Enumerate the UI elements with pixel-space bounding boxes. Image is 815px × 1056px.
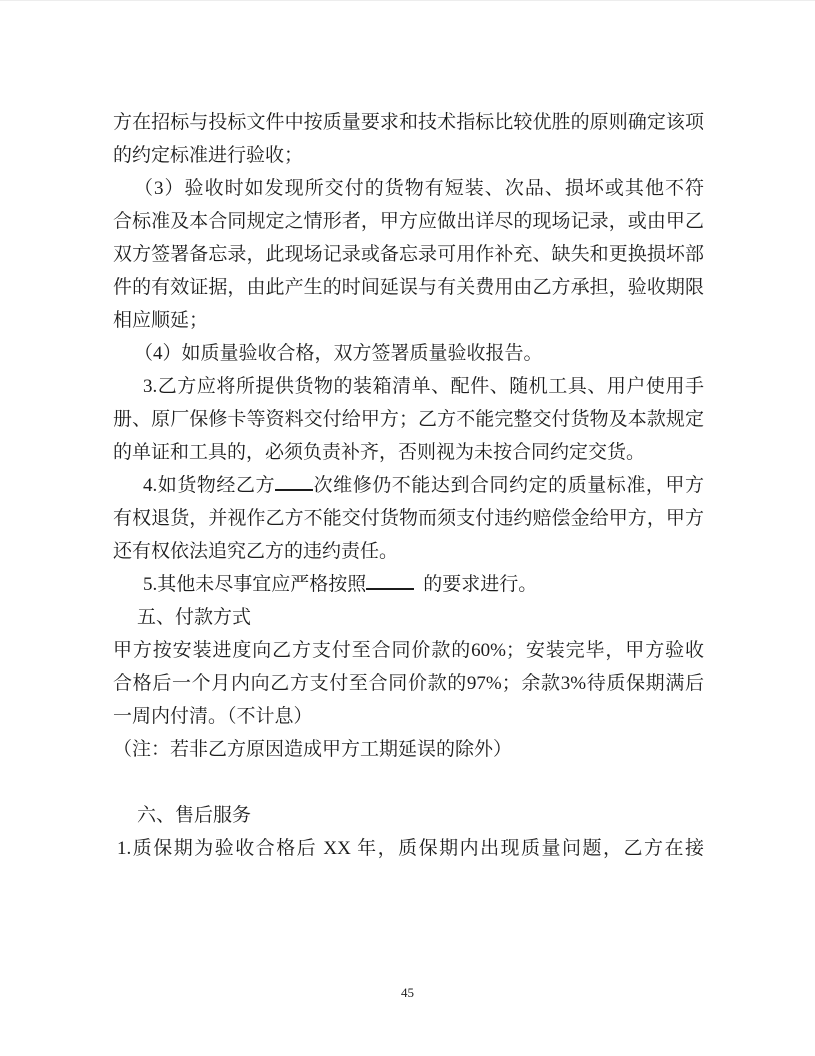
- page-number: 45: [0, 985, 815, 1001]
- contract-text-line: 有权退货，并视作乙方不能交付货物而须支付违约赔偿金给甲方，甲方: [113, 502, 704, 535]
- contract-text-line: 册、原厂保修卡等资料交付给甲方；乙方不能完整交付货物及本款规定: [113, 403, 704, 436]
- section-heading-after-sales-service: 六、售后服务: [137, 799, 704, 832]
- fill-in-blank-underline: [366, 587, 414, 590]
- contract-text-line: 件的有效证据，由此产生的时间延误与有关费用由乙方承担，验收期限: [113, 271, 704, 304]
- contract-text-line: 方在招标与投标文件中按质量要求和技术指标比较优胜的原则确定该项: [113, 106, 704, 139]
- fill-in-blank-underline: [275, 488, 313, 491]
- contract-item-3-line: 3.乙方应将所提供货物的装箱清单、配件、随机工具、用户使用手: [143, 370, 704, 403]
- document-page: 方在招标与投标文件中按质量要求和技术指标比较优胜的原则确定该项 的约定标准进行验…: [0, 0, 815, 1056]
- contract-text-segment: 的要求进行。: [423, 574, 537, 595]
- contract-text-segment: 次维修仍不能达到合同约定的质量标准，甲方: [313, 475, 704, 496]
- contract-body: 方在招标与投标文件中按质量要求和技术指标比较优胜的原则确定该项 的约定标准进行验…: [113, 106, 704, 865]
- contract-text-line: 双方签署备忘录，此现场记录或备忘录可用作补充、缺失和更换损坏部: [113, 238, 704, 271]
- contract-item-5-line: 5.其他未尽事宜应严格按照的要求进行。: [143, 568, 704, 601]
- contract-item-4-line: 4.如货物经乙方次维修仍不能达到合同约定的质量标准，甲方: [143, 469, 704, 502]
- contract-text-line: 的约定标准进行验收；: [113, 139, 704, 172]
- contract-text-line: 甲方按安装进度向乙方支付至合同价款的60%；安装完毕，甲方验收: [113, 634, 704, 667]
- contract-text-line: 合格后一个月内向乙方支付至合同价款的97%；余款3%待质保期满后: [113, 667, 704, 700]
- contract-note-line: （注：若非乙方原因造成甲方工期延误的除外）: [113, 733, 704, 766]
- contract-item-1-line: 1.质保期为验收合格后 XX 年，质保期内出现质量问题，乙方在接: [117, 832, 704, 865]
- contract-clause-4-line: （4）如质量验收合格，双方签署质量验收报告。: [134, 337, 704, 370]
- contract-text-segment: 5.其他未尽事宜应严格按照: [143, 574, 366, 595]
- blank-line: [113, 766, 704, 799]
- contract-text-line: 合标准及本合同规定之情形者，甲方应做出详尽的现场记录，或由甲乙: [113, 205, 704, 238]
- contract-text-line: 相应顺延；: [113, 304, 704, 337]
- contract-text-line: 还有权依法追究乙方的违约责任。: [113, 535, 704, 568]
- contract-clause-3-line: （3）验收时如发现所交付的货物有短装、次品、损坏或其他不符: [134, 172, 704, 205]
- contract-text-line: 的单证和工具的，必须负责补齐，否则视为未按合同约定交货。: [113, 436, 704, 469]
- contract-text-line: 一周内付清。（不计息）: [113, 700, 704, 733]
- section-heading-payment-terms: 五、付款方式: [137, 601, 704, 634]
- contract-text-segment: 4.如货物经乙方: [143, 475, 275, 496]
